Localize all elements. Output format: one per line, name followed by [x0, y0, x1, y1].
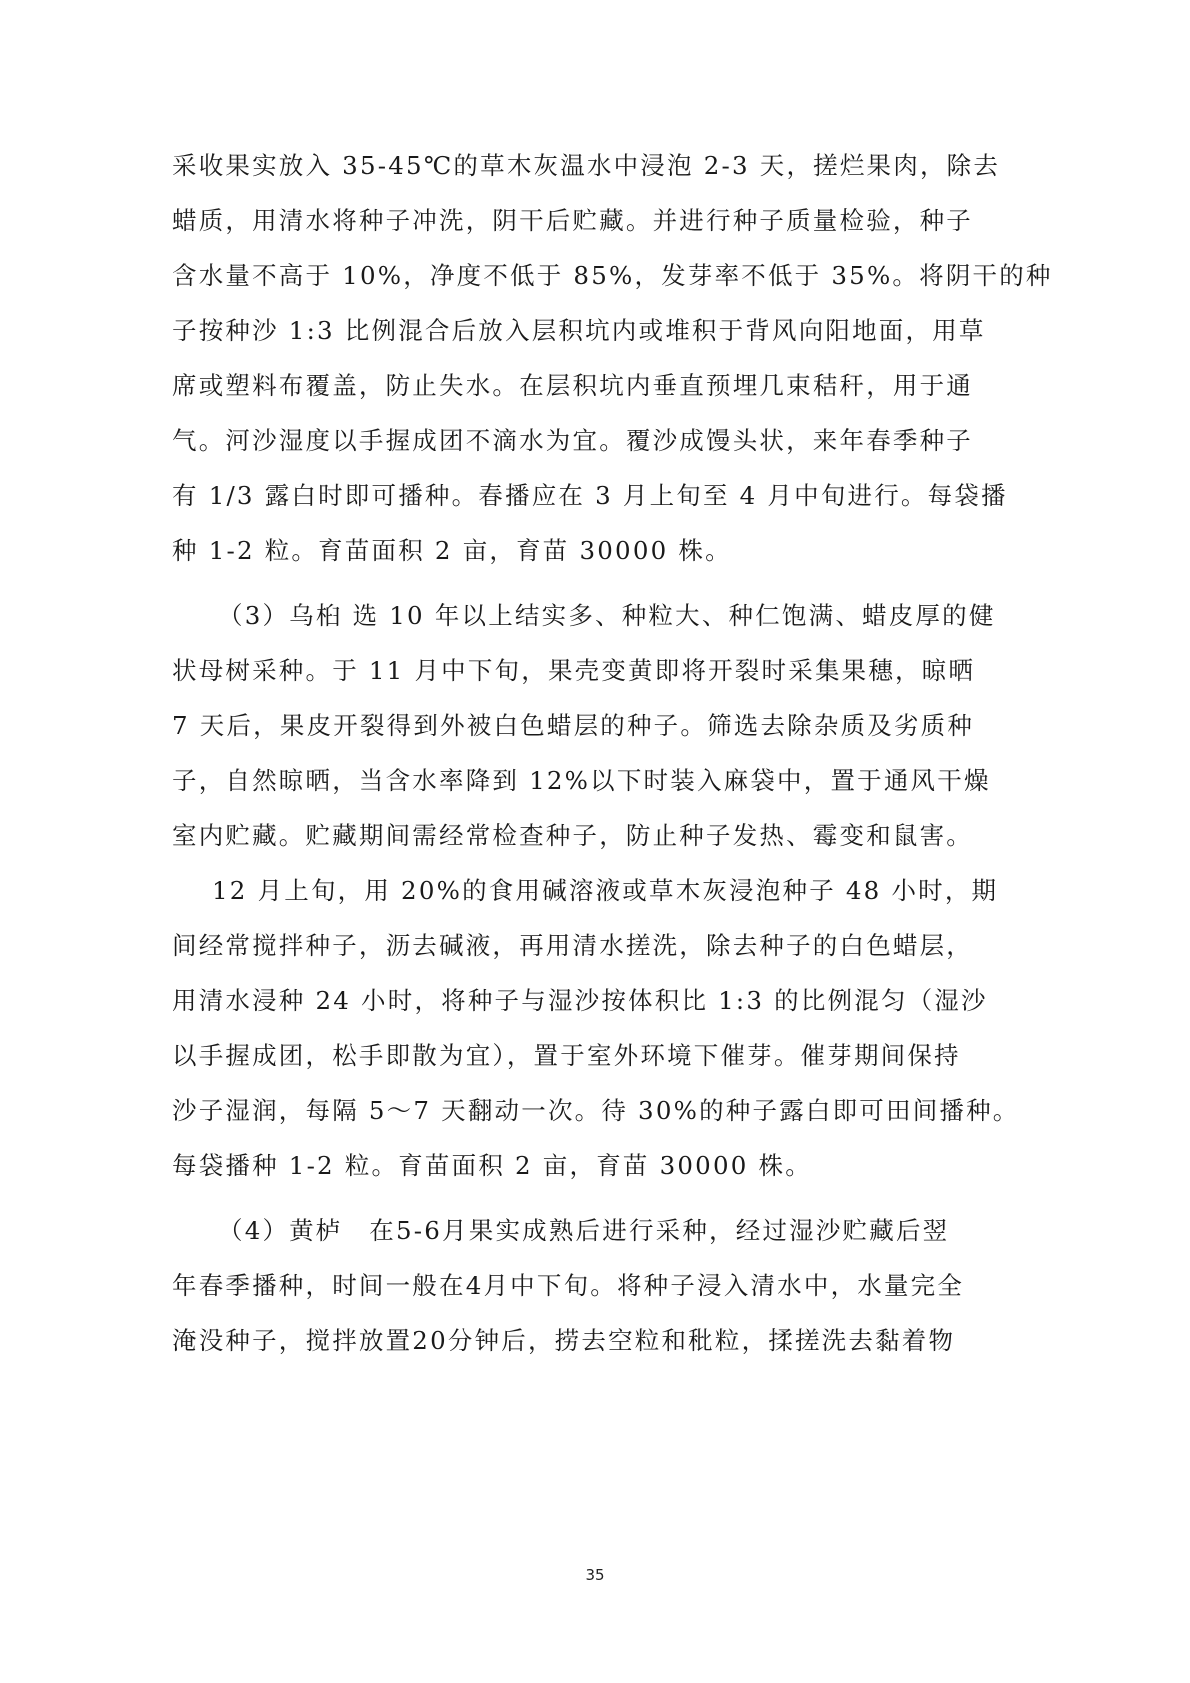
text-line: 用清水浸种 24 小时，将种子与湿沙按体积比 1:3 的比例混匀（湿沙	[172, 981, 952, 1021]
page-number: 35	[0, 1566, 1190, 1584]
text-line: 有 1/3 露白时即可播种。春播应在 3 月上旬至 4 月中旬进行。每袋播	[172, 476, 952, 516]
text-line: 淹没种子，搅拌放置20分钟后，捞去空粒和秕粒，揉搓洗去黏着物	[172, 1321, 952, 1361]
text-line: 年春季播种，时间一般在4月中下旬。将种子浸入清水中，水量完全	[172, 1266, 952, 1306]
text-line: 状母树采种。于 11 月中下旬，果壳变黄即将开裂时采集果穗，晾晒	[172, 651, 952, 691]
text-line: 每袋播种 1-2 粒。育苗面积 2 亩，育苗 30000 株。	[172, 1146, 952, 1186]
text-line: 气。河沙湿度以手握成团不滴水为宜。覆沙成馒头状，来年春季种子	[172, 421, 952, 461]
paragraph-heading-line: （4）黄栌 在5-6月果实成熟后进行采种，经过湿沙贮藏后翌	[218, 1211, 918, 1251]
text-line: 沙子湿润，每隔 5～7 天翻动一次。待 30%的种子露白即可田间播种。	[172, 1091, 952, 1131]
text-line: 12 月上旬，用 20%的食用碱溶液或草木灰浸泡种子 48 小时，期	[212, 871, 952, 911]
text-line: 含水量不高于 10%，净度不低于 85%，发芽率不低于 35%。将阴干的种	[172, 256, 952, 296]
text-line: 7 天后，果皮开裂得到外被白色蜡层的种子。筛选去除杂质及劣质种	[172, 706, 952, 746]
text-line: 子按种沙 1:3 比例混合后放入层积坑内或堆积于背风向阳地面，用草	[172, 311, 952, 351]
text-line: 室内贮藏。贮藏期间需经常检查种子，防止种子发热、霉变和鼠害。	[172, 816, 952, 856]
text-line: 采收果实放入 35-45℃的草木灰温水中浸泡 2-3 天，搓烂果肉，除去	[172, 146, 952, 186]
paragraph-heading-line: （3）乌桕 选 10 年以上结实多、种粒大、种仁饱满、蜡皮厚的健	[218, 596, 952, 636]
text-line: 以手握成团，松手即散为宜），置于室外环境下催芽。催芽期间保持	[172, 1036, 952, 1076]
text-line: 席或塑料布覆盖，防止失水。在层积坑内垂直预埋几束秸秆，用于通	[172, 366, 952, 406]
text-line: 种 1-2 粒。育苗面积 2 亩，育苗 30000 株。	[172, 531, 952, 571]
text-line: 子，自然晾晒，当含水率降到 12%以下时装入麻袋中，置于通风干燥	[172, 761, 952, 801]
text-line: 间经常搅拌种子，沥去碱液，再用清水搓洗，除去种子的白色蜡层，	[172, 926, 952, 966]
text-line: 蜡质，用清水将种子冲洗，阴干后贮藏。并进行种子质量检验，种子	[172, 201, 952, 241]
document-page: 采收果实放入 35-45℃的草木灰温水中浸泡 2-3 天，搓烂果肉，除去 蜡质，…	[0, 0, 1190, 1683]
